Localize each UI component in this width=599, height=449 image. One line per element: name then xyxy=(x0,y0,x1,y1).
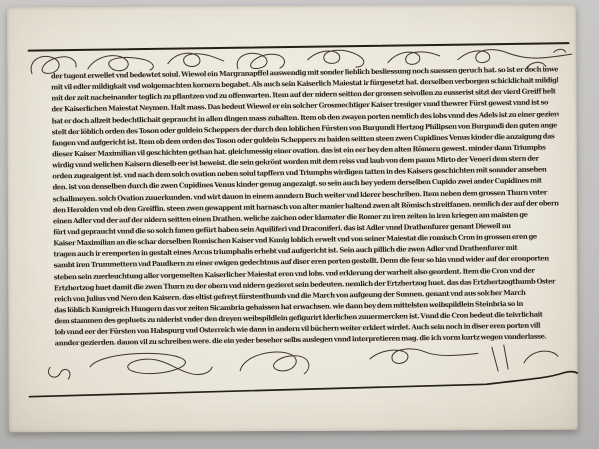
flourish-swirl xyxy=(524,351,558,363)
flourish-swirl xyxy=(370,348,478,364)
printed-block: der tugent erwellet vnd bedewtet soiul. … xyxy=(5,2,580,435)
flourish-pen-stroke xyxy=(492,345,508,371)
flourish-swirl xyxy=(458,49,572,63)
flourish-swirl xyxy=(308,50,364,68)
document-page: der tugent erwellet vnd bedewtet soiul. … xyxy=(7,5,578,432)
flourish-swirl xyxy=(237,53,285,69)
body-text: der tugent erwellet vnd bedewtet soiul. … xyxy=(51,64,562,353)
flourish-swirl xyxy=(168,53,224,67)
flourish-swirl xyxy=(388,52,440,65)
scanned-document-background: der tugent erwellet vnd bedewtet soiul. … xyxy=(0,0,599,449)
flourish-swirl xyxy=(88,55,154,71)
rule-line-with-hook xyxy=(29,372,577,397)
